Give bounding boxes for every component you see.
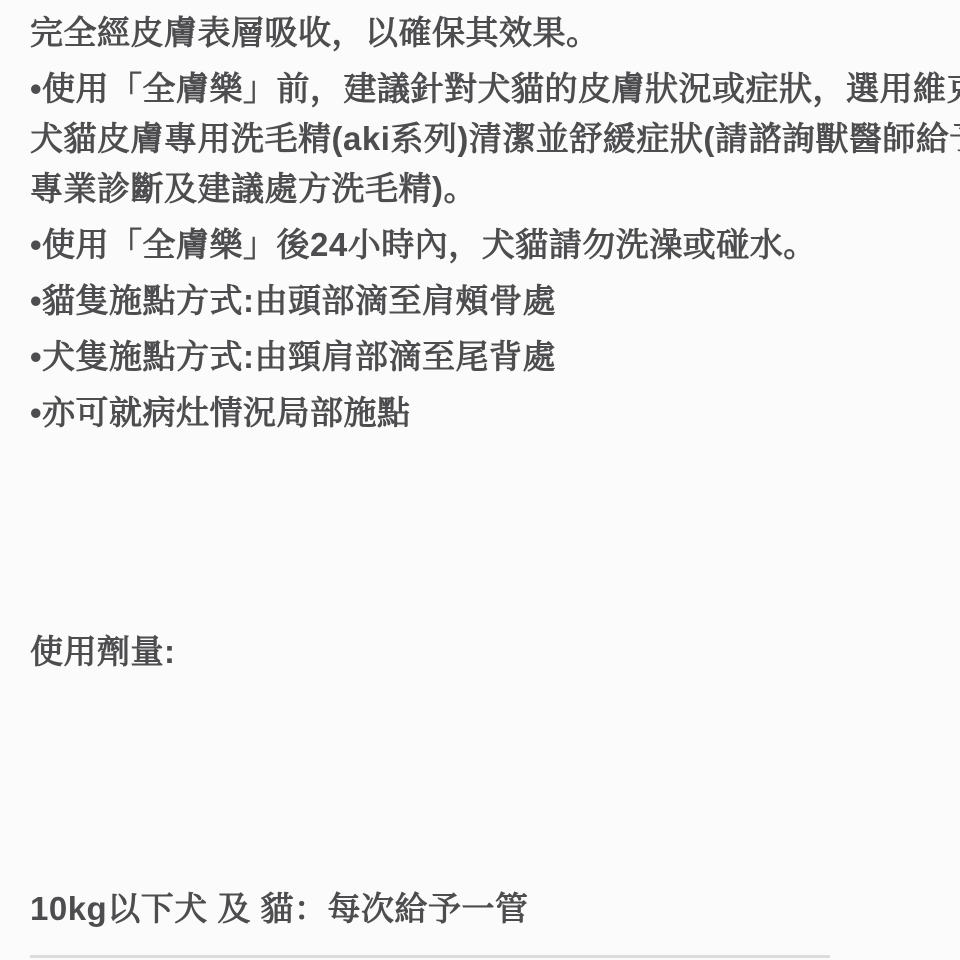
bullet-local-application: •亦可就病灶情況局部施點 (30, 388, 934, 438)
bullet-item: •亦可就病灶情況局部施點 (30, 388, 934, 438)
blank-space (30, 444, 934, 627)
intro-paragraph: 完全經皮膚表層吸收，以確保其效果。 (30, 8, 934, 58)
product-instructions-document: 完全經皮膚表層吸收，以確保其效果。 •使用「全膚樂」前，建議針對犬貓的皮膚狀況或… (0, 0, 960, 960)
bullet-item: •犬隻施點方式:由頸肩部滴至尾背處 (30, 332, 934, 382)
cutoff-next-line-artifact (30, 955, 830, 958)
bullet-dog-application: •犬隻施點方式:由頸肩部滴至尾背處 (30, 332, 934, 382)
bullet-usage-before-line-1: •使用「全膚樂」前，建議針對犬貓的皮膚狀況或症狀，選用維克 (30, 64, 934, 114)
bullet-item: •使用「全膚樂」前，建議針對犬貓的皮膚狀況或症狀，選用維克 犬貓皮膚專用洗毛精(… (30, 64, 934, 214)
blank-space (30, 677, 934, 884)
bullet-usage-before-line-2: 犬貓皮膚專用洗毛精(aki系列)清潔並舒緩症狀(請諮詢獸醫師給予 (30, 114, 934, 164)
bullet-item: •貓隻施點方式:由頭部滴至肩頰骨處 (30, 276, 934, 326)
bullet-cat-application: •貓隻施點方式:由頭部滴至肩頰骨處 (30, 276, 934, 326)
intro-line: 完全經皮膚表層吸收，以確保其效果。 (30, 14, 600, 51)
bullet-item: •使用「全膚樂」後24小時內，犬貓請勿洗澡或碰水。 (30, 220, 934, 270)
dosage-heading: 使用劑量: (30, 627, 934, 677)
bullet-no-bath-24h: •使用「全膚樂」後24小時內，犬貓請勿洗澡或碰水。 (30, 220, 934, 270)
dosage-line-under-10kg: 10kg以下犬 及 貓：每次給予一管 (30, 884, 934, 934)
bullet-usage-before-line-3: 專業診斷及建議處方洗毛精)。 (30, 164, 934, 214)
